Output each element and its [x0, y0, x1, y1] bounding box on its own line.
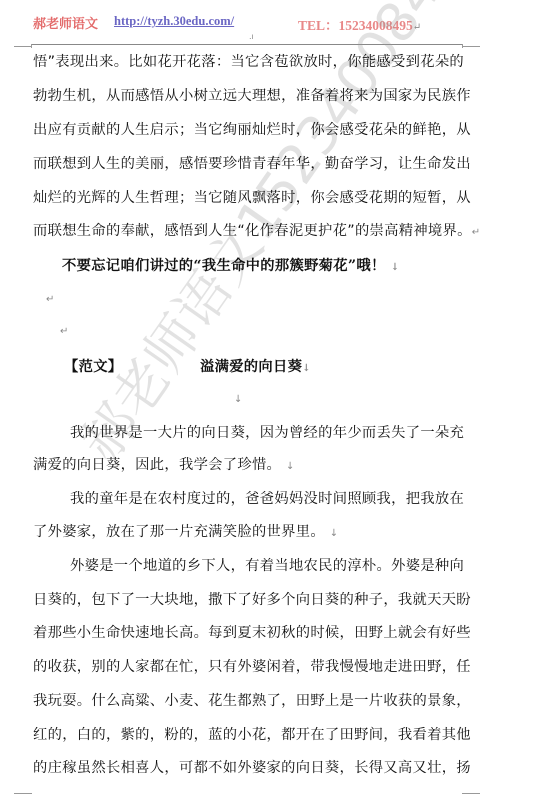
text-line: 勃勃生机，从而感悟从小树立远大理想，准备着将来为国家为民族作	[33, 86, 463, 106]
header-anchor-mark: .ı	[249, 32, 254, 41]
line-text: 日葵的，包下了一大块地，撒下了好多个向日葵的种子，我就天天盼	[33, 592, 471, 608]
text-line: 满爱的向日葵，因此，我学会了珍惜。 ↓	[33, 455, 463, 477]
crop-mark-top-left	[14, 46, 32, 47]
line-text: 着那些小生命快速地长高。每到夏末初秋的时候，田野上就会有好些	[33, 625, 471, 641]
line-text: 勃勃生机，从而感悟从小树立远大理想，准备着将来为国家为民族作	[33, 88, 471, 104]
line-text: 满爱的向日葵，因此，我学会了珍惜。	[33, 457, 281, 473]
header-divider	[31, 44, 462, 45]
text-line: 我的童年是在农村度过的，爸爸妈妈没时间照顾我，把我放在	[70, 489, 500, 509]
line-text: 的收获，别的人家都在忙，只有外婆闲着，带我慢慢地走进田野，任	[33, 659, 471, 675]
line-text: 而联想到人生的美丽，感悟要珍惜青春年华，勤奋学习，让生命发出	[33, 156, 471, 172]
header-website-link[interactable]: http://tyzh.30edu.com/	[114, 14, 234, 29]
line-break-icon: ↓	[330, 528, 339, 539]
text-line: 外婆是一个地道的乡下人，有着当地农民的淳朴。外婆是种向	[70, 556, 500, 576]
line-text: 【范文】	[64, 359, 122, 375]
text-line: 红的，白的，紫的，粉的，蓝的小花，都开在了田野间，我看着其他	[33, 725, 463, 745]
paragraph-mark-icon: ↵	[60, 326, 69, 337]
header-phone: TEL：15234008495↵	[298, 14, 421, 34]
crop-mark-bottom-right	[462, 793, 480, 794]
line-text: 出应有贡献的人生启示；当它绚丽灿烂时，你会感受花朵的鲜艳，从	[33, 122, 471, 138]
line-text: 悟”表现出来。比如花开花落：当它含苞欲放时，你能感受到花朵的	[33, 54, 464, 70]
line-text: 红的，白的，紫的，粉的，蓝的小花，都开在了田野间，我看着其他	[33, 727, 471, 743]
empty-paragraph: ↵	[46, 288, 476, 310]
reminder-heading: 不要忘记咱们讲过的“我生命中的那簇野菊花”哦！ ↓	[62, 256, 492, 278]
text-line: 而联想到人生的美丽，感悟要珍惜青春年华，勤奋学习，让生命发出	[33, 154, 463, 174]
header-author-name: 郝老师语文	[33, 13, 98, 32]
line-text: 而联想生命的奉献，感悟到人生“化作春泥更护花”的崇高精神境界。	[33, 223, 472, 239]
crop-mark-top-left-vertical	[31, 44, 32, 48]
text-line: 出应有贡献的人生启示；当它绚丽灿烂时，你会感受花朵的鲜艳，从	[33, 120, 463, 140]
text-line: 的庄稼虽然长相喜人，可都不如外婆家的向日葵，长得又高又壮，扬	[33, 758, 463, 778]
text-line: 我玩耍。什么高粱、小麦、花生都熟了，田野上是一片收获的景象，	[33, 691, 463, 711]
text-line: 而联想生命的奉献，感悟到人生“化作春泥更护花”的崇高精神境界。↵	[33, 221, 463, 243]
line-break-icon: ↓	[302, 363, 311, 374]
essay-title: 溢满爱的向日葵↓	[200, 357, 400, 379]
line-text: 我的世界是一大片的向日葵，因为曾经的年少而丢失了一朵充	[70, 425, 464, 441]
crop-mark-top-right	[462, 46, 480, 47]
line-text: 不要忘记咱们讲过的“我生命中的那簇野菊花”哦！	[62, 258, 386, 274]
text-line: 日葵的，包下了一大块地，撒下了好多个向日葵的种子，我就天天盼	[33, 590, 463, 610]
page-header: 郝老师语文 http://tyzh.30edu.com/ TEL：1523400…	[0, 0, 540, 50]
line-break-icon: ↓	[234, 394, 243, 405]
crop-mark-bottom-left	[14, 793, 32, 794]
empty-paragraph: ↵	[60, 320, 490, 342]
line-text: 溢满爱的向日葵	[200, 359, 302, 375]
text-line: 了外婆家，放在了那一片充满笑脸的世界里。 ↓	[33, 522, 463, 544]
text-line: 悟”表现出来。比如花开花落：当它含苞欲放时，你能感受到花朵的	[33, 52, 463, 72]
paragraph-mark-icon: ↵	[46, 294, 55, 305]
header-phone-text: TEL：15234008495	[298, 18, 413, 33]
text-line: 着那些小生命快速地长高。每到夏末初秋的时候，田野上就会有好些	[33, 623, 463, 643]
paragraph-mark-icon: ↵	[472, 227, 481, 238]
line-break-icon: ↓	[391, 262, 400, 273]
text-line: 我的世界是一大片的向日葵，因为曾经的年少而丢失了一朵充	[70, 423, 500, 443]
line-break-icon: ↓	[286, 461, 295, 472]
line-text: 外婆是一个地道的乡下人，有着当地农民的淳朴。外婆是种向	[70, 558, 464, 574]
line-text: 我的童年是在农村度过的，爸爸妈妈没时间照顾我，把我放在	[70, 491, 464, 507]
text-line: 的收获，别的人家都在忙，只有外婆闲着，带我慢慢地走进田野，任	[33, 657, 463, 677]
line-text: 灿烂的光辉的人生哲理；当它随风飘落时，你会感受花期的短暂，从	[33, 190, 471, 206]
line-text: 了外婆家，放在了那一片充满笑脸的世界里。	[33, 524, 325, 540]
text-line: 灿烂的光辉的人生哲理；当它随风飘落时，你会感受花期的短暂，从	[33, 188, 463, 208]
line-text: 我玩耍。什么高粱、小麦、花生都熟了，田野上是一片收获的景象，	[33, 693, 471, 709]
empty-line: ↓	[234, 388, 254, 410]
paragraph-mark-icon: ↵	[413, 22, 421, 33]
crop-mark-top-right-vertical	[462, 44, 463, 48]
line-text: 的庄稼虽然长相喜人，可都不如外婆家的向日葵，长得又高又壮，扬	[33, 760, 471, 776]
